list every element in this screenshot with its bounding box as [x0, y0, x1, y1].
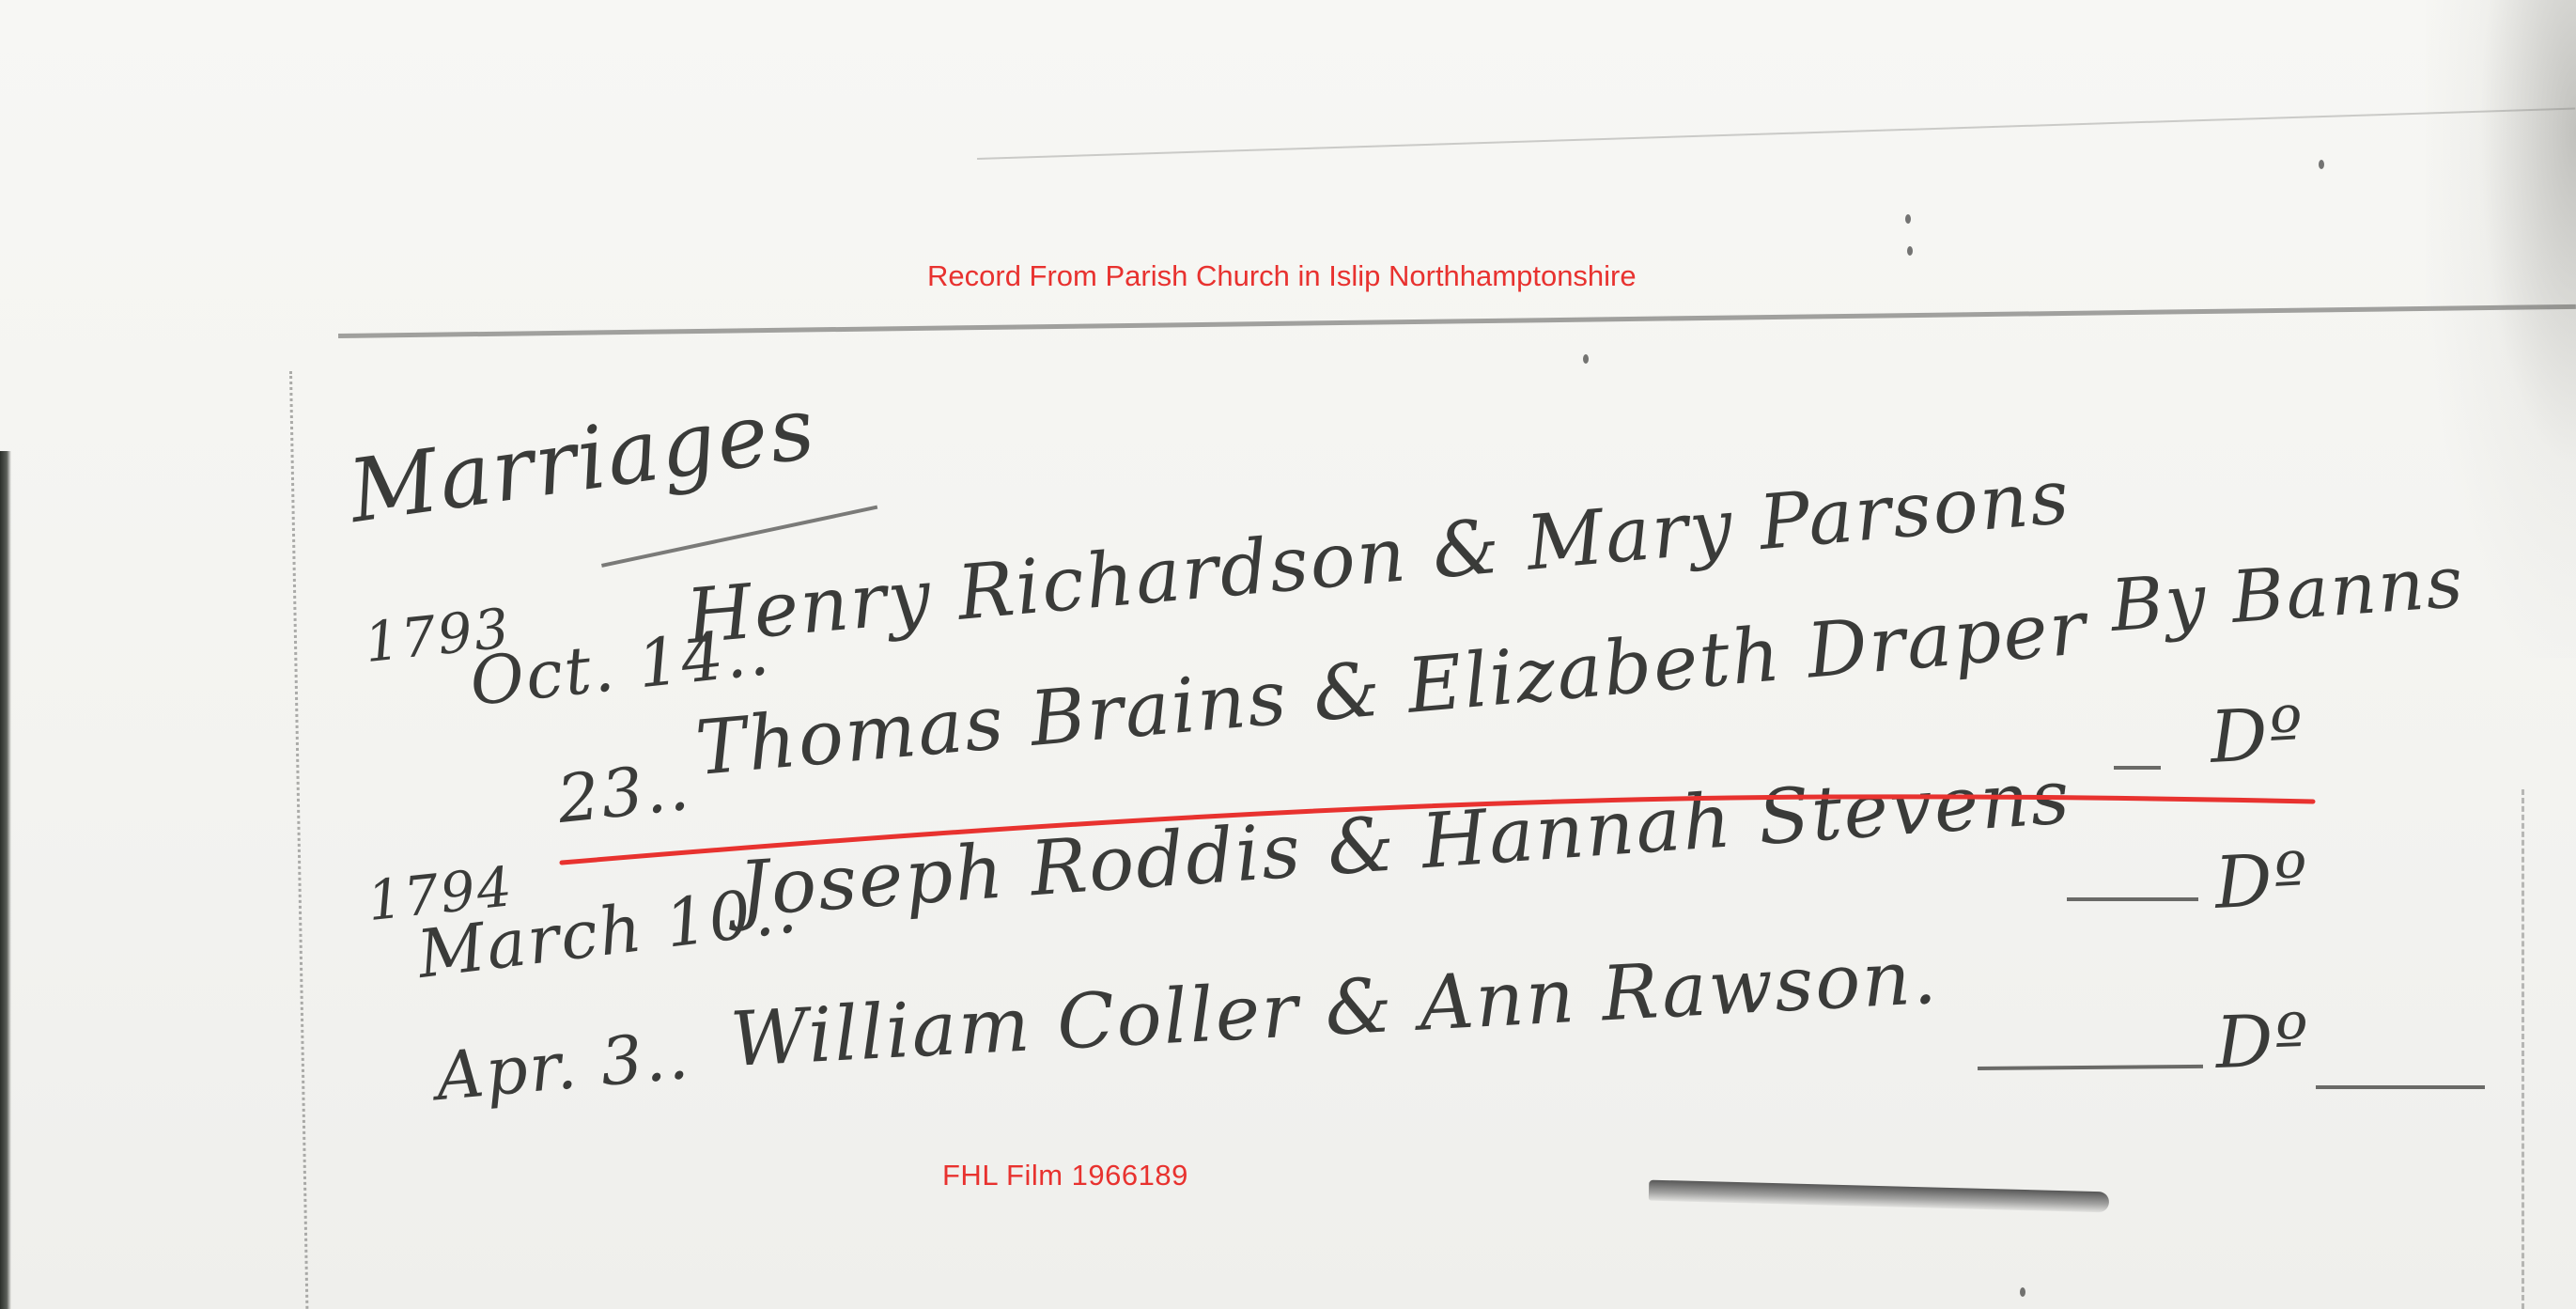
ink-closing-stroke: [1649, 1180, 2109, 1213]
left-margin-line: [289, 371, 308, 1309]
ditto-underline: [2316, 1085, 2485, 1089]
entry-method: Dº: [2212, 836, 2311, 925]
entry-date: 23..: [553, 748, 693, 838]
microfilm-page: Record From Parish Church in Islip North…: [0, 0, 2576, 1309]
entry-method: Dº: [2208, 691, 2306, 779]
film-number-annotation: FHL Film 1966189: [942, 1159, 1188, 1192]
ink-speck: [2319, 160, 2324, 169]
entry-names: Joseph Roddis & Hannah Stevens: [737, 753, 2074, 933]
register-heading: Marriages: [343, 377, 822, 542]
entry-method: By Banns: [2108, 539, 2467, 647]
ruled-line-header: [338, 304, 2576, 338]
ink-speck: [1907, 246, 1913, 256]
entry-date: Apr. 3..: [433, 1017, 693, 1115]
ink-speck: [2020, 1287, 2025, 1297]
right-margin-line: [2522, 789, 2524, 1309]
film-edge: [0, 451, 11, 1309]
heading-underline: [601, 506, 877, 568]
ink-speck: [1583, 354, 1589, 364]
ink-speck: [1905, 214, 1911, 224]
ruled-line-top: [977, 108, 2575, 160]
ditto-dash: [2114, 766, 2161, 770]
ditto-dash: [1978, 1065, 2203, 1070]
entry-method: Dº: [2214, 998, 2312, 1084]
ditto-dash: [2067, 897, 2198, 901]
entry-names: William Coller & Ann Rawson.: [728, 933, 1940, 1083]
record-source-annotation: Record From Parish Church in Islip North…: [927, 259, 1637, 293]
